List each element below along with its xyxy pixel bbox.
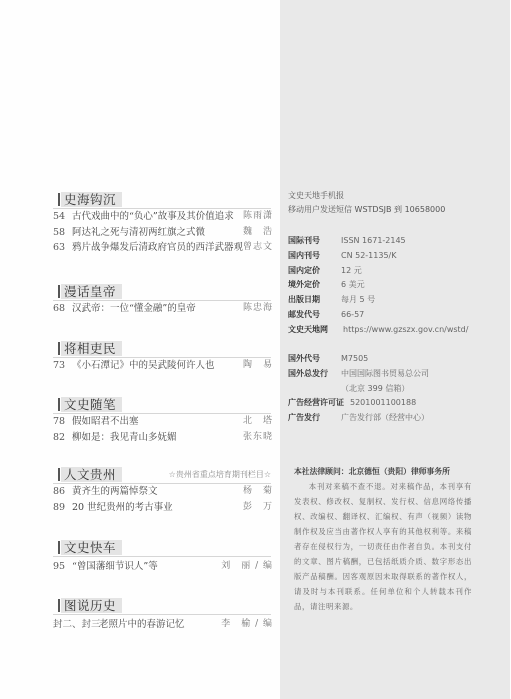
article-title: 《小石潭记》中的吴武陵何许人也 xyxy=(72,358,215,374)
toc-entry[interactable]: 86 黄齐生的两篇悼祭文 杨 菊 xyxy=(53,484,271,500)
legal-notice: 本社法律顾问：北京德恒（贵阳）律师事务所 本刊对来稿不查不退。对来稿作品，本刊享… xyxy=(294,465,472,614)
article-author: 杨 菊 xyxy=(243,484,273,500)
article-title: 柳如是：我见青山多妩媚 xyxy=(72,430,177,446)
section-header: 人文贵州 ☆贵州省重点培育期刊栏目☆ xyxy=(53,467,271,484)
section-title: 漫话皇帝 xyxy=(61,284,122,299)
detail-row: 国际刊号ISSN 1671-2145 xyxy=(288,234,503,249)
featured-column-note: ☆贵州省重点培育期刊栏目☆ xyxy=(169,469,271,480)
detail-label: 境外定价 xyxy=(288,278,320,293)
detail-row: 境外定价6 美元 xyxy=(288,278,503,293)
website-link[interactable]: https://www.gzszx.gov.cn/wstd/ xyxy=(343,323,468,338)
detail-row: 广告发行广告发行部（经营中心） xyxy=(288,411,503,426)
toc-section: 史海钩沉 54 古代戏曲中的“负心”故事及其价值追求 陈雨潇 58 阿达礼之死与… xyxy=(53,192,271,256)
page-number: 78 xyxy=(53,414,65,430)
detail-row: 国内刊号CN 52-1135/K xyxy=(288,249,503,264)
section-title: 图说历史 xyxy=(61,598,122,613)
page-number: 63 xyxy=(53,240,65,256)
article-title: 20 世纪贵州的考古事业 xyxy=(72,500,173,516)
mobile-news-block: 文史天地手机报 移动用户发送短信 WSTDSJB 到 10658000 xyxy=(288,189,445,217)
detail-row: （北京 399 信箱） xyxy=(288,382,503,397)
section-header: 文史快车 xyxy=(53,540,271,557)
article-author: 刘 丽 / 编 xyxy=(221,559,273,575)
article-author: 北 塔 xyxy=(243,414,273,430)
detail-value: 66-57 xyxy=(341,308,364,323)
section-bar-marker xyxy=(58,342,60,355)
article-title: 古代戏曲中的“负心”故事及其价值追求 xyxy=(72,209,234,225)
page-number: 73 xyxy=(53,358,65,374)
article-title: 鸦片战争爆发后清政府官员的西洋武器观 xyxy=(72,240,243,256)
detail-row: 出版日期每月 5 号 xyxy=(288,293,503,308)
toc-entry[interactable]: 54 古代戏曲中的“负心”故事及其价值追求 陈雨潇 xyxy=(53,209,271,225)
detail-value: （北京 399 信箱） xyxy=(341,382,409,397)
section-title: 文史快车 xyxy=(61,540,122,555)
toc-entry[interactable]: 58 阿达礼之死与清初两红旗之式微 魏 浩 xyxy=(53,225,271,241)
article-title: 老照片中的春游记忆 xyxy=(99,617,185,633)
article-title: 假如昭君不出塞 xyxy=(72,414,139,430)
article-author: 陈忠海 xyxy=(243,301,273,317)
detail-value: 6 美元 xyxy=(341,278,365,293)
toc-section: 图说历史 封二、封三 老照片中的春游记忆 李 榆 / 编 xyxy=(53,598,271,633)
section-bar-marker xyxy=(58,541,60,554)
detail-row: 国外代号M7505 xyxy=(288,352,503,367)
section-header: 图说历史 xyxy=(53,598,271,615)
detail-label: 国内刊号 xyxy=(288,249,320,264)
detail-value: 广告发行部（经营中心） xyxy=(341,411,429,426)
toc-entry[interactable]: 82 柳如是：我见青山多妩媚 张东晓 xyxy=(53,430,271,446)
detail-value: 5201001100188 xyxy=(350,396,416,411)
page-number: 封二、封三 xyxy=(53,617,101,633)
article-author: 陈雨潇 xyxy=(243,209,273,225)
detail-label: 广告经营许可证 xyxy=(288,396,344,411)
detail-label: 国内定价 xyxy=(288,264,320,279)
section-bar-marker xyxy=(58,285,60,298)
detail-label: 邮发代号 xyxy=(288,308,320,323)
section-bar-marker xyxy=(58,193,60,206)
page-number: 86 xyxy=(53,484,65,500)
page-number: 82 xyxy=(53,430,65,446)
legal-advisor: 本社法律顾问：北京德恒（贵阳）律师事务所 xyxy=(294,465,472,479)
detail-value: 每月 5 号 xyxy=(341,293,375,308)
page-number: 95 xyxy=(53,559,65,575)
article-title: 黄齐生的两篇悼祭文 xyxy=(72,484,158,500)
article-author: 李 榆 / 编 xyxy=(221,617,273,633)
section-title: 文史随笔 xyxy=(61,397,122,412)
toc-section: 将相吏民 73 《小石潭记》中的吴武陵何许人也 陶 易 xyxy=(53,341,271,374)
article-author: 魏 浩 xyxy=(243,225,273,241)
section-header: 文史随笔 xyxy=(53,397,271,414)
detail-label: 国外代号 xyxy=(288,352,320,367)
toc-section: 文史随笔 78 假如昭君不出塞 北 塔 82 柳如是：我见青山多妩媚 张东晓 xyxy=(53,397,271,445)
detail-row: 国外总发行中国国际图书贸易总公司 xyxy=(288,367,503,382)
toc-entry[interactable]: 95 “曾国藩细节识人”等 刘 丽 / 编 xyxy=(53,559,271,575)
article-title: 汉武帝：一位“懂金融”的皇帝 xyxy=(72,301,196,317)
page-number: 89 xyxy=(53,500,65,516)
detail-row: 广告经营许可证5201001100188 xyxy=(288,396,503,411)
detail-label: 广告发行 xyxy=(288,411,320,426)
section-header: 将相吏民 xyxy=(53,341,271,358)
section-bar-marker xyxy=(58,468,60,481)
page-number: 68 xyxy=(53,301,65,317)
article-author: 曾志文 xyxy=(243,240,273,256)
mobile-news-subscribe: 移动用户发送短信 WSTDSJB 到 10658000 xyxy=(288,203,445,217)
section-header: 史海钩沉 xyxy=(53,192,271,209)
section-bar-marker xyxy=(58,398,60,411)
detail-value: 12 元 xyxy=(341,264,362,279)
detail-value: ISSN 1671-2145 xyxy=(341,234,406,249)
detail-row: 邮发代号66-57 xyxy=(288,308,503,323)
detail-value: M7505 xyxy=(341,352,368,367)
detail-label: 国际刊号 xyxy=(288,234,320,249)
toc-entry[interactable]: 封二、封三 老照片中的春游记忆 李 榆 / 编 xyxy=(53,617,271,633)
article-author: 张东晓 xyxy=(243,430,273,446)
toc-entry[interactable]: 73 《小石潭记》中的吴武陵何许人也 陶 易 xyxy=(53,358,271,374)
article-author: 陶 易 xyxy=(243,358,273,374)
page-number: 58 xyxy=(53,225,65,241)
toc-entry[interactable]: 89 20 世纪贵州的考古事业 彭 万 xyxy=(53,500,271,516)
copyright-statement: 本刊对来稿不查不退。对来稿作品，本刊享有发表权、修改权、复制权、发行权、信息网络… xyxy=(294,479,472,614)
detail-row: 文史天地网https://www.gzszx.gov.cn/wstd/ xyxy=(288,323,503,338)
publication-details: 国际刊号ISSN 1671-2145 国内刊号CN 52-1135/K 国内定价… xyxy=(288,234,503,338)
toc-section: 人文贵州 ☆贵州省重点培育期刊栏目☆ 86 黄齐生的两篇悼祭文 杨 菊 89 2… xyxy=(53,467,271,515)
section-header: 漫话皇帝 xyxy=(53,284,271,301)
detail-value: 中国国际图书贸易总公司 xyxy=(341,367,429,382)
toc-section: 漫话皇帝 68 汉武帝：一位“懂金融”的皇帝 陈忠海 xyxy=(53,284,271,317)
detail-label: 国外总发行 xyxy=(288,367,328,382)
detail-label: 出版日期 xyxy=(288,293,320,308)
toc-section: 文史快车 95 “曾国藩细节识人”等 刘 丽 / 编 xyxy=(53,540,271,575)
detail-value: CN 52-1135/K xyxy=(341,249,396,264)
detail-row: 国内定价12 元 xyxy=(288,264,503,279)
mobile-news-title: 文史天地手机报 xyxy=(288,189,445,203)
toc-entry[interactable]: 78 假如昭君不出塞 北 塔 xyxy=(53,414,271,430)
distribution-details: 国外代号M7505 国外总发行中国国际图书贸易总公司 （北京 399 信箱） 广… xyxy=(288,352,503,426)
detail-label: 文史天地网 xyxy=(288,323,328,338)
section-title: 史海钩沉 xyxy=(61,192,122,207)
section-bar-marker xyxy=(58,599,60,612)
article-title: 阿达礼之死与清初两红旗之式微 xyxy=(72,225,205,241)
toc-entry[interactable]: 63 鸦片战争爆发后清政府官员的西洋武器观 曾志文 xyxy=(53,240,271,256)
section-title: 人文贵州 xyxy=(61,467,122,482)
section-title: 将相吏民 xyxy=(61,341,122,356)
article-title: “曾国藩细节识人”等 xyxy=(72,559,158,575)
table-of-contents: 史海钩沉 54 古代戏曲中的“负心”故事及其价值追求 陈雨潇 58 阿达礼之死与… xyxy=(0,0,280,699)
toc-entry[interactable]: 68 汉武帝：一位“懂金融”的皇帝 陈忠海 xyxy=(53,301,271,317)
page-number: 54 xyxy=(53,209,65,225)
article-author: 彭 万 xyxy=(243,500,273,516)
